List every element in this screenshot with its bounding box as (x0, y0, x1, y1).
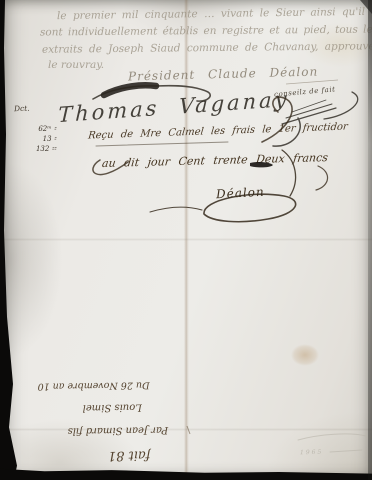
pencil-archival-note: 1965 (300, 449, 323, 456)
margin-figure: 13 ⹀ (20, 134, 56, 144)
faded-paragraph-line-2: sont individuellement établis en registr… (40, 24, 372, 39)
faded-paragraph-line-1: le premier mil cinquante … vivant le Sie… (57, 6, 365, 22)
receipt-line-2: au dit jour Cent trente Deux francs (101, 151, 328, 170)
scan-right-edge (368, 0, 372, 480)
receipt-signature-dealon: Déalon (216, 185, 265, 202)
horizontal-crease (0, 238, 372, 241)
inverted-note-line: Louis Simel (26, 401, 142, 414)
margin-figure: 132 ⹀⹀ (13, 144, 56, 154)
inverted-note-line: Du 26 Novembre an 10 (26, 378, 150, 392)
inverted-note-line: Par Jean Simard fils (26, 423, 168, 437)
margin-figure: 62ᵐ ⹀ (20, 124, 56, 134)
manuscript-page: le premier mil cinquante … vivant le Sie… (0, 0, 372, 480)
faded-paragraph-line-3: extraits de Joseph Siaud commune de Chav… (42, 40, 372, 56)
receipt-line-1: Reçu de Mre Calmel les frais le 1er fruc… (87, 121, 348, 141)
signature-thomas-vaganay: Thomas Vaganay (58, 87, 290, 127)
scanned-document-viewport: le premier mil cinquante … vivant le Sie… (0, 0, 372, 480)
faded-paragraph-line-4: le rouvray. (48, 59, 104, 71)
margin-heading: Dct. (14, 104, 30, 114)
attestation-claude-dealon: Président Claude Déalon (128, 65, 319, 84)
margin-figures: 62ᵐ ⹀ 13 ⹀ 132 ⹀⹀ (20, 124, 56, 154)
inverted-note-line: fait 81 (26, 448, 150, 462)
inverted-note-block: fait 81 Par Jean Simard fils Louis Simel… (25, 371, 176, 465)
